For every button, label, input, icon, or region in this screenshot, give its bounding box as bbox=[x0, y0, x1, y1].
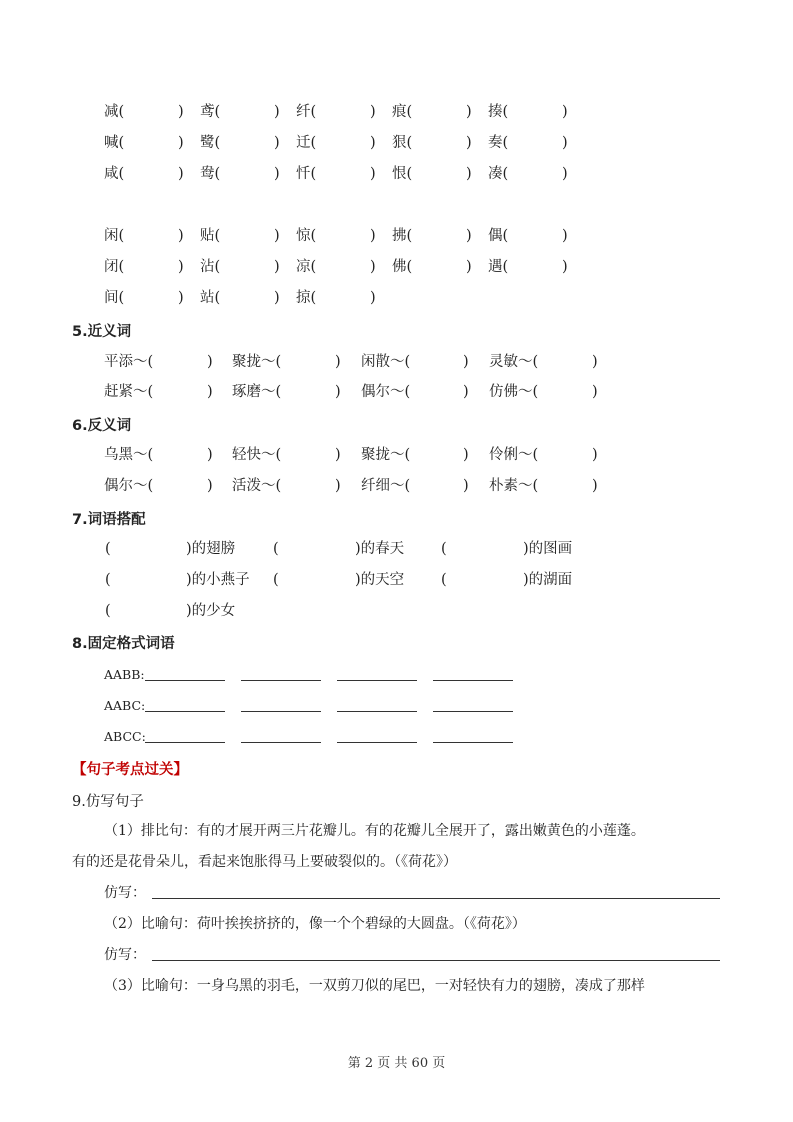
paren-open: ( bbox=[503, 104, 509, 120]
tilde-paren: ～( bbox=[261, 384, 281, 400]
answer-blank[interactable]: ) bbox=[274, 132, 280, 154]
tilde-paren: ～( bbox=[518, 354, 538, 370]
tilde-paren: ～( bbox=[261, 354, 281, 370]
answer-blank[interactable]: ) bbox=[466, 101, 472, 123]
answer-blank[interactable]: ) bbox=[207, 475, 213, 497]
answer-blank[interactable]: ) bbox=[274, 256, 280, 278]
answer-blank[interactable]: ) bbox=[335, 475, 341, 497]
answer-blank[interactable]: ) bbox=[178, 225, 184, 247]
question-3: （3）比喻句：一身乌黑的羽毛，一双剪刀似的尾巴，一对轻快有力的翅膀，凑成了那样 bbox=[104, 975, 645, 995]
word: 伶俐 bbox=[489, 447, 518, 463]
answer-line[interactable] bbox=[241, 666, 321, 681]
answer-blank[interactable]: ) bbox=[466, 163, 472, 185]
answer-blank[interactable]: ( bbox=[273, 569, 279, 591]
answer-blank[interactable]: ) bbox=[207, 351, 213, 373]
paren-open: ( bbox=[407, 104, 413, 120]
char: 奏 bbox=[488, 135, 503, 151]
char: 揍 bbox=[488, 104, 503, 120]
char: 鸯 bbox=[200, 166, 215, 182]
tilde-paren: ～( bbox=[518, 478, 538, 494]
answer-blank[interactable]: ) bbox=[370, 225, 376, 247]
answer-blank[interactable]: ( bbox=[105, 538, 111, 560]
paren-open: ( bbox=[407, 135, 413, 151]
answer-blank[interactable]: ) bbox=[178, 256, 184, 278]
answer-blank[interactable]: ) bbox=[562, 256, 568, 278]
word: 偶尔 bbox=[361, 384, 390, 400]
answer-line-2[interactable] bbox=[152, 960, 720, 961]
char: 遇 bbox=[488, 259, 503, 275]
answer-blank[interactable]: ) bbox=[370, 132, 376, 154]
char: 喊 bbox=[104, 135, 119, 151]
word: 灵敏 bbox=[489, 354, 518, 370]
tilde-paren: ～( bbox=[133, 384, 153, 400]
answer-blank[interactable]: ) bbox=[592, 381, 598, 403]
paren-open: ( bbox=[503, 166, 509, 182]
char: 闲 bbox=[104, 228, 119, 244]
answer-blank[interactable]: ( bbox=[273, 538, 279, 560]
paren-open: ( bbox=[119, 166, 125, 182]
paren-open: ( bbox=[215, 104, 221, 120]
answer-line[interactable] bbox=[241, 728, 321, 743]
question-2: （2）比喻句：荷叶挨挨挤挤的，像一个个碧绿的大圆盘。（《荷花》） bbox=[104, 913, 526, 933]
paren-open: ( bbox=[503, 259, 509, 275]
char: 凑 bbox=[488, 166, 503, 182]
char: 迁 bbox=[296, 135, 311, 151]
paren-open: ( bbox=[407, 259, 413, 275]
char: 纤 bbox=[296, 104, 311, 120]
answer-line[interactable] bbox=[145, 666, 225, 681]
word: 轻快 bbox=[232, 447, 261, 463]
answer-line[interactable] bbox=[433, 697, 513, 712]
word: 偶尔 bbox=[104, 478, 133, 494]
word: 仿佛 bbox=[489, 384, 518, 400]
word: 聚拢 bbox=[232, 354, 261, 370]
imitate-label-2: 仿写： bbox=[104, 944, 146, 964]
answer-blank[interactable]: ) bbox=[207, 444, 213, 466]
paren-open: ( bbox=[119, 259, 125, 275]
paren-open: ( bbox=[119, 104, 125, 120]
collocation-word: )的天空 bbox=[355, 569, 404, 591]
paren-open: ( bbox=[119, 290, 125, 306]
answer-blank[interactable]: ) bbox=[274, 101, 280, 123]
paren-open: ( bbox=[215, 259, 221, 275]
answer-blank[interactable]: ) bbox=[274, 163, 280, 185]
collocation-word: )的湖面 bbox=[523, 569, 572, 591]
answer-blank[interactable]: ) bbox=[335, 351, 341, 373]
answer-blank[interactable]: ) bbox=[592, 444, 598, 466]
word: 聚拢 bbox=[361, 447, 390, 463]
char: 闭 bbox=[104, 259, 119, 275]
answer-line[interactable] bbox=[145, 728, 225, 743]
char: 鸢 bbox=[200, 104, 215, 120]
char: 忏 bbox=[296, 166, 311, 182]
word: 闲散 bbox=[361, 354, 390, 370]
tilde-paren: ～( bbox=[390, 447, 410, 463]
char: 凉 bbox=[296, 259, 311, 275]
tilde-paren: ～( bbox=[390, 354, 410, 370]
section-6-title: 6.反义词 bbox=[72, 414, 131, 435]
answer-line[interactable] bbox=[337, 728, 417, 743]
paren-open: ( bbox=[215, 228, 221, 244]
paren-open: ( bbox=[311, 290, 317, 306]
paren-open: ( bbox=[215, 135, 221, 151]
paren-open: ( bbox=[503, 135, 509, 151]
answer-line[interactable] bbox=[337, 666, 417, 681]
answer-blank[interactable]: ) bbox=[562, 132, 568, 154]
collocation-word: )的少女 bbox=[186, 600, 235, 622]
answer-line-1[interactable] bbox=[152, 898, 720, 899]
section-9-title: 9.仿写句子 bbox=[72, 790, 144, 811]
char: 贴 bbox=[200, 228, 215, 244]
char: 拂 bbox=[392, 228, 407, 244]
answer-blank[interactable]: ) bbox=[178, 163, 184, 185]
answer-blank[interactable]: ) bbox=[562, 163, 568, 185]
tilde-paren: ～( bbox=[133, 447, 153, 463]
answer-blank[interactable]: ( bbox=[441, 569, 447, 591]
answer-blank[interactable]: ) bbox=[335, 444, 341, 466]
word: 琢磨 bbox=[232, 384, 261, 400]
char: 偶 bbox=[488, 228, 503, 244]
word: 活泼 bbox=[232, 478, 261, 494]
answer-blank[interactable]: ) bbox=[592, 475, 598, 497]
page-number: 第 2 页 共 60 页 bbox=[0, 1052, 793, 1071]
section-5-title: 5.近义词 bbox=[72, 320, 131, 341]
paren-open: ( bbox=[311, 228, 317, 244]
tilde-paren: ～( bbox=[518, 384, 538, 400]
answer-blank[interactable]: ) bbox=[466, 225, 472, 247]
word: 纤细 bbox=[361, 478, 390, 494]
char: 减 bbox=[104, 104, 119, 120]
tilde-paren: ～( bbox=[518, 447, 538, 463]
char: 咸 bbox=[104, 166, 119, 182]
word: 朴素 bbox=[489, 478, 518, 494]
section-header-sentences: 【句子考点过关】 bbox=[72, 758, 188, 779]
char: 沾 bbox=[200, 259, 215, 275]
collocation-word: )的翅膀 bbox=[186, 538, 235, 560]
answer-blank[interactable]: ) bbox=[562, 101, 568, 123]
paren-open: ( bbox=[311, 166, 317, 182]
char: 惊 bbox=[296, 228, 311, 244]
answer-line[interactable] bbox=[241, 697, 321, 712]
word: 赶紧 bbox=[104, 384, 133, 400]
pattern-label: ABCC: bbox=[104, 726, 146, 748]
paren-open: ( bbox=[311, 259, 317, 275]
answer-blank[interactable]: ) bbox=[466, 256, 472, 278]
answer-blank[interactable]: ) bbox=[274, 225, 280, 247]
paren-open: ( bbox=[503, 228, 509, 244]
tilde-paren: ～( bbox=[133, 354, 153, 370]
answer-blank[interactable]: ) bbox=[466, 132, 472, 154]
answer-line[interactable] bbox=[337, 697, 417, 712]
collocation-word: )的小燕子 bbox=[186, 569, 250, 591]
char: 鹭 bbox=[200, 135, 215, 151]
answer-line[interactable] bbox=[433, 666, 513, 681]
answer-blank[interactable]: ) bbox=[463, 475, 469, 497]
char: 佛 bbox=[392, 259, 407, 275]
answer-blank[interactable]: ) bbox=[370, 163, 376, 185]
answer-blank[interactable]: ) bbox=[178, 287, 184, 309]
collocation-word: )的图画 bbox=[523, 538, 572, 560]
char: 站 bbox=[200, 290, 215, 306]
char: 恨 bbox=[392, 166, 407, 182]
char: 痕 bbox=[392, 104, 407, 120]
tilde-paren: ～( bbox=[261, 478, 281, 494]
paren-open: ( bbox=[119, 228, 125, 244]
section-8-title: 8.固定格式词语 bbox=[72, 632, 175, 653]
answer-line[interactable] bbox=[145, 697, 225, 712]
word: 平添 bbox=[104, 354, 133, 370]
answer-blank[interactable]: ) bbox=[207, 381, 213, 403]
char: 掠 bbox=[296, 290, 311, 306]
answer-line[interactable] bbox=[433, 728, 513, 743]
collocation-word: )的春天 bbox=[355, 538, 404, 560]
tilde-paren: ～( bbox=[133, 478, 153, 494]
char: 间 bbox=[104, 290, 119, 306]
answer-blank[interactable]: ) bbox=[370, 287, 376, 309]
tilde-paren: ～( bbox=[261, 447, 281, 463]
answer-blank[interactable]: ) bbox=[562, 225, 568, 247]
question-1-line-1: （1）排比句：有的才展开两三片花瓣儿。有的花瓣儿全展开了，露出嫩黄色的小莲蓬。 bbox=[104, 820, 645, 840]
answer-blank[interactable]: ) bbox=[463, 381, 469, 403]
tilde-paren: ～( bbox=[390, 478, 410, 494]
pattern-label: AABC: bbox=[104, 695, 145, 717]
answer-blank[interactable]: ) bbox=[274, 287, 280, 309]
answer-blank[interactable]: ) bbox=[592, 351, 598, 373]
answer-blank[interactable]: ) bbox=[463, 351, 469, 373]
answer-blank[interactable]: ) bbox=[370, 101, 376, 123]
char: 狠 bbox=[392, 135, 407, 151]
paren-open: ( bbox=[119, 135, 125, 151]
section-7-title: 7.词语搭配 bbox=[72, 508, 146, 529]
paren-open: ( bbox=[311, 104, 317, 120]
answer-blank[interactable]: ) bbox=[335, 381, 341, 403]
paren-open: ( bbox=[215, 290, 221, 306]
imitate-label-1: 仿写： bbox=[104, 882, 146, 902]
answer-blank[interactable]: ( bbox=[105, 569, 111, 591]
paren-open: ( bbox=[407, 228, 413, 244]
answer-blank[interactable]: ( bbox=[441, 538, 447, 560]
pattern-label: AABB: bbox=[104, 664, 145, 686]
answer-blank[interactable]: ( bbox=[105, 600, 111, 622]
answer-blank[interactable]: ) bbox=[178, 101, 184, 123]
question-1-line-2: 有的还是花骨朵儿，看起来饱胀得马上要破裂似的。（《荷花》） bbox=[72, 851, 457, 871]
answer-blank[interactable]: ) bbox=[178, 132, 184, 154]
answer-blank[interactable]: ) bbox=[370, 256, 376, 278]
paren-open: ( bbox=[311, 135, 317, 151]
word: 乌黑 bbox=[104, 447, 133, 463]
paren-open: ( bbox=[215, 166, 221, 182]
answer-blank[interactable]: ) bbox=[463, 444, 469, 466]
tilde-paren: ～( bbox=[390, 384, 410, 400]
paren-open: ( bbox=[407, 166, 413, 182]
